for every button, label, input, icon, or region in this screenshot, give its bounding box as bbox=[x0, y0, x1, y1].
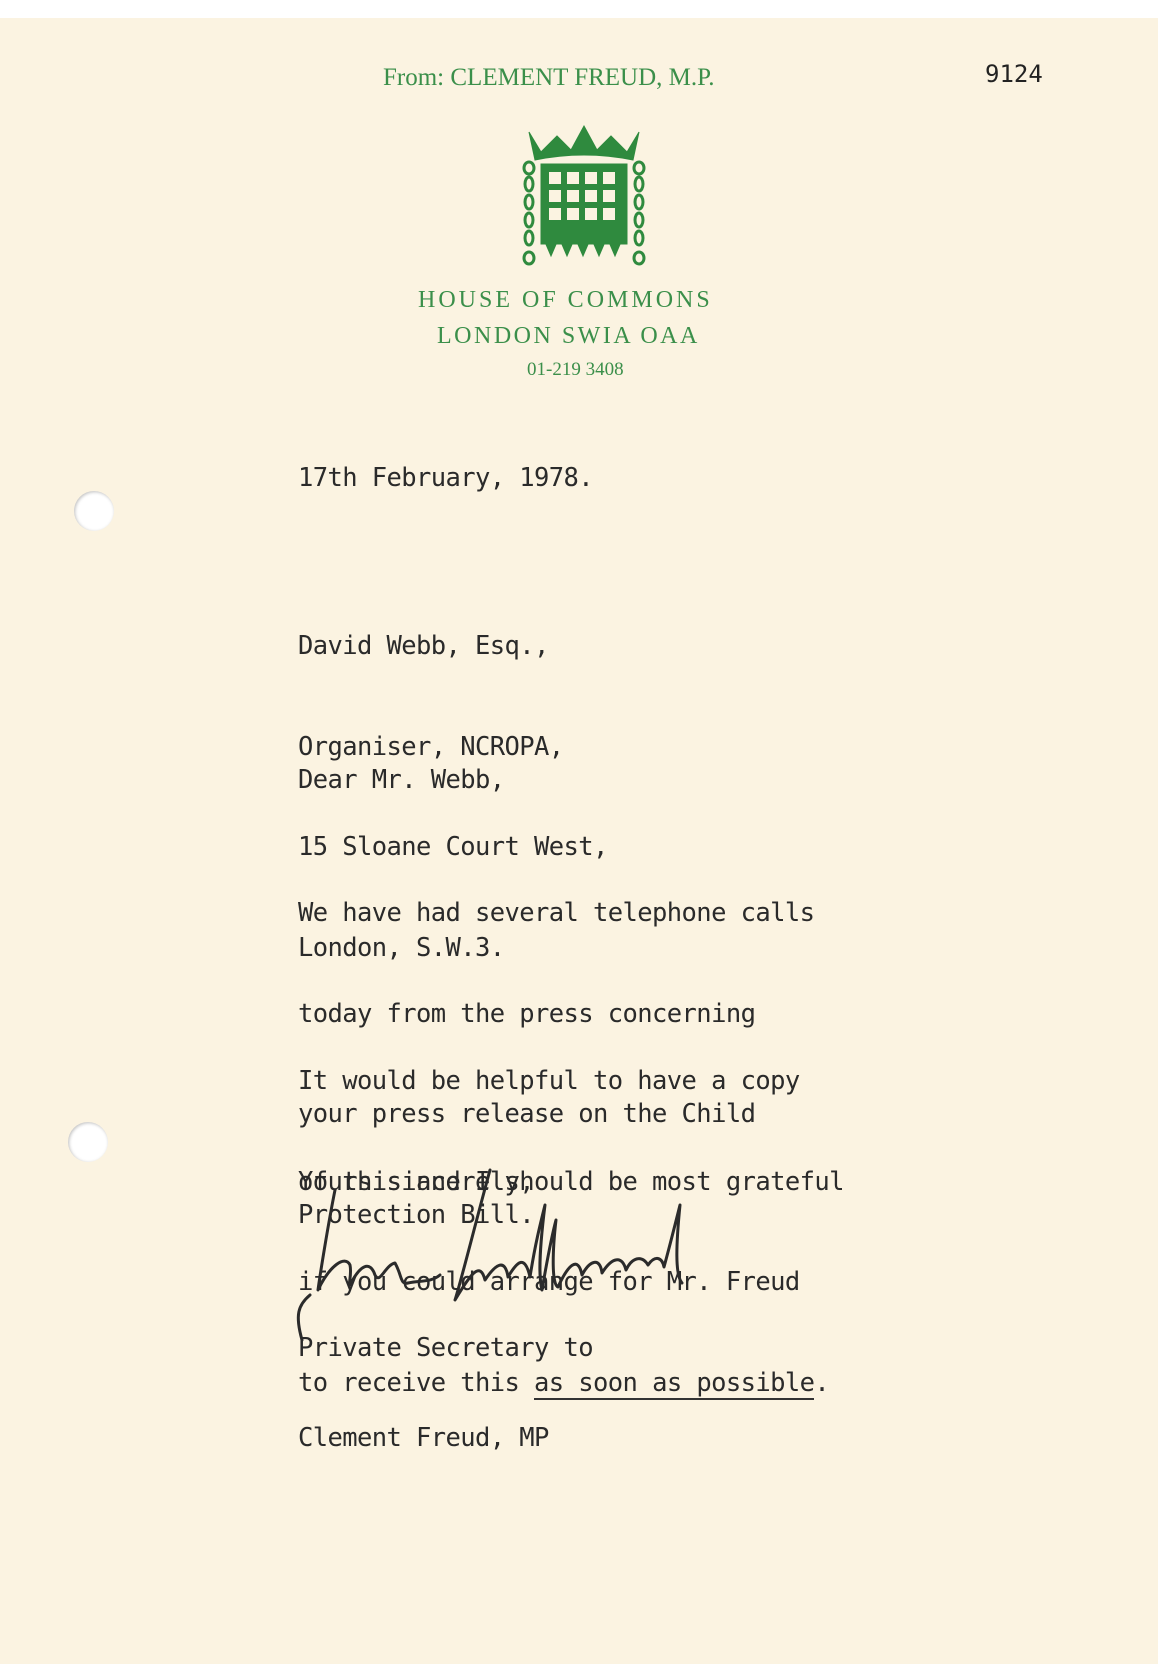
recipient-line: David Webb, Esq., bbox=[298, 630, 608, 664]
salutation: Dear Mr. Webb, bbox=[298, 764, 505, 798]
institution-address: LONDON SWIA OAA bbox=[437, 323, 700, 350]
scan-edge bbox=[0, 0, 1172, 18]
letter-date: 17th February, 1978. bbox=[298, 462, 593, 496]
letter-page: From: CLEMENT FREUD, M.P. 9124 HOUSE OF … bbox=[0, 0, 1172, 1664]
scan-edge bbox=[1158, 0, 1172, 1664]
institution-phone: 01-219 3408 bbox=[527, 359, 624, 381]
paragraph-line: We have had several telephone calls bbox=[298, 897, 814, 931]
letterhead-from: From: CLEMENT FREUD, M.P. bbox=[383, 64, 715, 92]
portcullis-crest-icon bbox=[521, 122, 647, 270]
line-text: . bbox=[814, 1368, 829, 1398]
signatory-line: Clement Freud, MP bbox=[298, 1423, 593, 1453]
institution-name: HOUSE OF COMMONS bbox=[418, 287, 713, 314]
reference-number: 9124 bbox=[985, 60, 1043, 88]
recipient-line: Organiser, NCROPA, bbox=[298, 731, 608, 765]
punch-hole bbox=[74, 491, 114, 531]
paragraph-line: It would be helpful to have a copy bbox=[298, 1065, 844, 1099]
handwritten-signature bbox=[290, 1165, 790, 1345]
punch-hole bbox=[68, 1122, 108, 1162]
